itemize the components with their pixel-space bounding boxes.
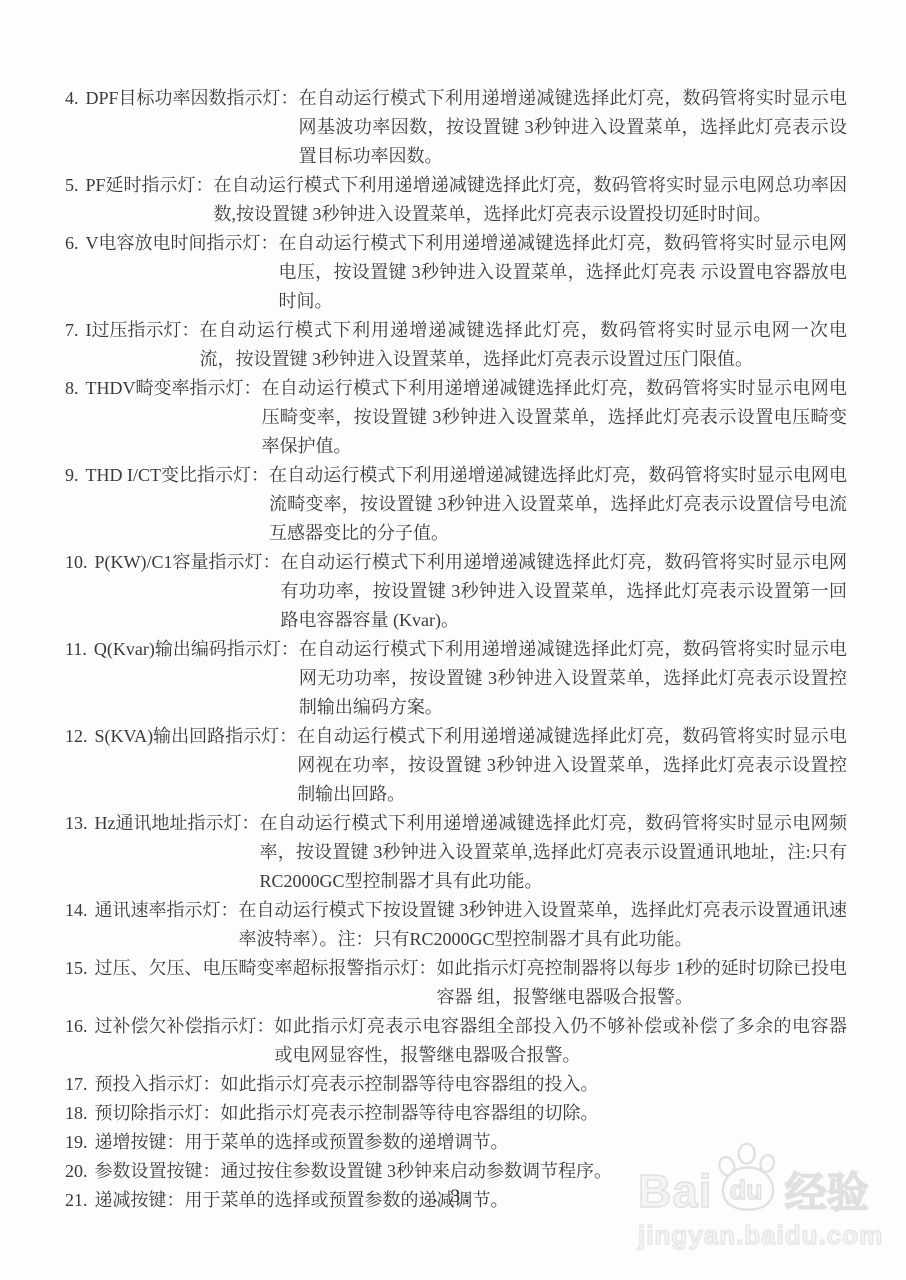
item-title: 过补偿欠补偿指示灯： (95, 1016, 275, 1036)
item-number: 7. (65, 316, 79, 345)
item-number: 19. (65, 1128, 88, 1157)
item-number: 6. (65, 229, 79, 258)
item-number: 8. (65, 374, 79, 403)
baidu-paw-icon: du (715, 1142, 781, 1214)
item-body: 在自动运行模式下利用递增递减键选择此灯亮，数码管将实时显示电网一次电流，按设置键… (200, 316, 848, 374)
list-item: 18.预切除指示灯： 如此指示灯亮表示控制器等待电容器组的切除。 (65, 1099, 847, 1128)
item-label: 14.通讯速率指示灯： (65, 896, 239, 925)
item-label: 8.THDV畸变率指示灯： (65, 374, 262, 403)
item-title: 预切除指示灯： (95, 1103, 221, 1123)
item-body: 在自动运行模式下利用递增递减键选择此灯亮，数码管将实时显示电网视在功率，按设置键… (297, 722, 847, 809)
item-title: THD I/CT变比指示灯： (86, 465, 270, 485)
item-number: 15. (65, 954, 88, 983)
item-title: DPF目标功率因数指示灯： (86, 88, 299, 108)
item-body: 如此指示灯亮表示控制器等待电容器组的投入。 (221, 1070, 848, 1099)
item-number: 5. (65, 171, 79, 200)
item-number: 9. (65, 461, 79, 490)
item-number: 14. (65, 896, 88, 925)
item-body: 如此指示灯亮表示电容器组全部投入仍不够补偿或补偿了多余的电容器或电网显容性，报警… (275, 1012, 848, 1070)
item-number: 18. (65, 1099, 88, 1128)
item-number: 20. (65, 1157, 88, 1186)
item-label: 13.Hz通讯地址指示灯： (65, 809, 260, 838)
item-body: 在自动运行模式下利用递增递减键选择此灯亮，数码管将实时显示电网总功率因数,按设置… (214, 171, 847, 229)
item-number: 17. (65, 1070, 88, 1099)
watermark-brand: Bai du 经验 (638, 1142, 906, 1214)
item-label: 7.I过压指示灯： (65, 316, 200, 345)
document-page: 4.DPF目标功率因数指示灯： 在自动运行模式下利用递增递减键选择此灯亮，数码管… (0, 0, 906, 1280)
item-title: THDV畸变率指示灯： (86, 378, 262, 398)
item-label: 20.参数设置按键： (65, 1157, 221, 1186)
watermark-du-text: du (730, 1177, 763, 1204)
item-body: 在自动运行模式下利用递增递减键选择此灯亮，数码管将实时显示电网基波功率因数，按设… (299, 84, 847, 171)
item-body: 在自动运行模式下利用递增递减键选择此灯亮，数码管将实时显示电网无功功率，按设置键… (299, 635, 847, 722)
list-item: 5.PF延时指示灯： 在自动运行模式下利用递增递减键选择此灯亮，数码管将实时显示… (65, 171, 847, 229)
item-label: 15.过压、欠压、电压畸变率超标报警指示灯： (65, 954, 437, 983)
item-body: 在自动运行模式下利用递增递减键选择此灯亮，数码管将实时显示电网电压，按设置键 3… (279, 229, 848, 316)
item-title: 通讯速率指示灯： (95, 900, 239, 920)
item-label: 10.P(KW)/C1容量指示灯： (65, 548, 281, 577)
item-body: 如此指示灯亮控制器将以每步 1秒的延时切除已投电容器 组，报警继电器吸合报警。 (437, 954, 848, 1012)
item-title: V电容放电时间指示灯： (86, 233, 279, 253)
item-label: 11.Q(Kvar)输出编码指示灯： (65, 635, 299, 664)
item-number: 12. (65, 722, 88, 751)
list-item: 13.Hz通讯地址指示灯： 在自动运行模式下利用递增递减键选择此灯亮，数码管将实… (65, 809, 847, 896)
item-title: S(KVA)输出回路指示灯： (95, 726, 298, 746)
item-body: 在自动运行模式下利用递增递减键选择此灯亮，数码管将实时显示电网电流畸变率，按设置… (269, 461, 847, 548)
item-number: 13. (65, 809, 88, 838)
list-item: 10.P(KW)/C1容量指示灯： 在自动运行模式下利用递增递减键选择此灯亮，数… (65, 548, 847, 635)
item-label: 17.预投入指示灯： (65, 1070, 221, 1099)
item-label: 19.递增按键： (65, 1128, 185, 1157)
item-body: 如此指示灯亮表示控制器等待电容器组的切除。 (221, 1099, 848, 1128)
list-item: 12.S(KVA)输出回路指示灯： 在自动运行模式下利用递增递减键选择此灯亮，数… (65, 722, 847, 809)
item-number: 16. (65, 1012, 88, 1041)
item-body: 在自动运行模式下按设置键 3秒钟进入设置菜单，选择此灯亮表示设置通讯速率波特率）… (239, 896, 848, 954)
list-item: 14.通讯速率指示灯： 在自动运行模式下按设置键 3秒钟进入设置菜单，选择此灯亮… (65, 896, 847, 954)
list-item: 11.Q(Kvar)输出编码指示灯： 在自动运行模式下利用递增递减键选择此灯亮，… (65, 635, 847, 722)
item-body: 在自动运行模式下利用递增递减键选择此灯亮，数码管将实时显示电网电压畸变率，按设置… (262, 374, 848, 461)
item-body: 在自动运行模式下利用递增递减键选择此灯亮，数码管将实时显示电网有功功率，按设置键… (281, 548, 848, 635)
list-item: 16.过补偿欠补偿指示灯： 如此指示灯亮表示电容器组全部投入仍不够补偿或补偿了多… (65, 1012, 847, 1070)
list-item: 17.预投入指示灯： 如此指示灯亮表示控制器等待电容器组的投入。 (65, 1070, 847, 1099)
item-title: 递增按键： (95, 1132, 185, 1152)
list-item: 4.DPF目标功率因数指示灯： 在自动运行模式下利用递增递减键选择此灯亮，数码管… (65, 84, 847, 171)
item-number: 4. (65, 84, 79, 113)
item-label: 12.S(KVA)输出回路指示灯： (65, 722, 297, 751)
item-title: I过压指示灯： (86, 320, 200, 340)
item-title: P(KW)/C1容量指示灯： (95, 552, 281, 572)
item-title: PF延时指示灯： (86, 175, 214, 195)
list-item: 9.THD I/CT变比指示灯： 在自动运行模式下利用递增递减键选择此灯亮，数码… (65, 461, 847, 548)
item-label: 9.THD I/CT变比指示灯： (65, 461, 269, 490)
item-title: 预投入指示灯： (95, 1074, 221, 1094)
watermark-bai-text: Bai (638, 1168, 713, 1214)
item-body: 在自动运行模式下利用递增递减键选择此灯亮，数码管将实时显示电网频率，按设置键 3… (260, 809, 848, 896)
list-item: 8.THDV畸变率指示灯： 在自动运行模式下利用递增递减键选择此灯亮，数码管将实… (65, 374, 847, 461)
item-label: 18.预切除指示灯： (65, 1099, 221, 1128)
item-title: 参数设置按键： (95, 1161, 221, 1181)
item-label: 6.V电容放电时间指示灯： (65, 229, 279, 258)
item-title: Q(Kvar)输出编码指示灯： (94, 639, 299, 659)
watermark-url: jingyan.baidu.com (638, 1220, 906, 1251)
list-item: 6.V电容放电时间指示灯： 在自动运行模式下利用递增递减键选择此灯亮，数码管将实… (65, 229, 847, 316)
list-item: 7.I过压指示灯： 在自动运行模式下利用递增递减键选择此灯亮，数码管将实时显示电… (65, 316, 847, 374)
baidu-jingyan-watermark: Bai du 经验 jingyan.baidu.com (638, 1142, 906, 1251)
item-title: 过压、欠压、电压畸变率超标报警指示灯： (95, 958, 437, 978)
item-title: Hz通讯地址指示灯： (95, 813, 260, 833)
watermark-jingyan-text: 经验 (785, 1172, 869, 1214)
indicator-list: 4.DPF目标功率因数指示灯： 在自动运行模式下利用递增递减键选择此灯亮，数码管… (65, 84, 847, 1215)
list-item: 15.过压、欠压、电压畸变率超标报警指示灯： 如此指示灯亮控制器将以每步 1秒的… (65, 954, 847, 1012)
item-number: 11. (65, 635, 87, 664)
item-label: 16.过补偿欠补偿指示灯： (65, 1012, 275, 1041)
item-label: 5.PF延时指示灯： (65, 171, 214, 200)
item-number: 10. (65, 548, 88, 577)
item-label: 4.DPF目标功率因数指示灯： (65, 84, 299, 113)
